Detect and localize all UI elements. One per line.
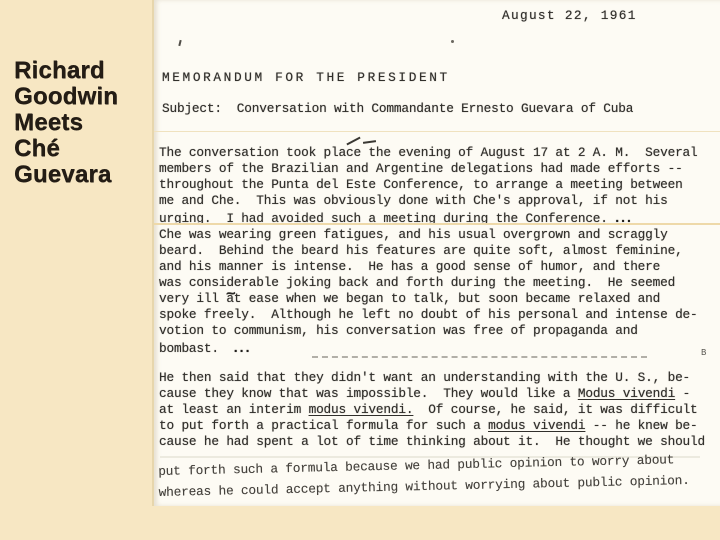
memo-text-line: bombast. ...	[159, 339, 698, 357]
memo-paragraph-3: He then said that they didn't want an un…	[159, 370, 705, 450]
memo-text-line: Che was wearing green fatigues, and his …	[159, 227, 698, 243]
memo-heading: MEMORANDUM FOR THE PRESIDENT	[162, 70, 450, 86]
slide-title: RichardGoodwinMeetsChéGuevara	[14, 58, 149, 188]
memo-text-line: beard. Behind the beard his features are…	[159, 243, 698, 259]
underlined-phrase: Modus vivendi	[578, 386, 675, 401]
slide-title-line: Meets	[14, 110, 149, 136]
memo-text-line: cause he had spent a lot of time thinkin…	[159, 434, 705, 450]
memo-paragraph-2: Che was wearing green fatigues, and his …	[159, 227, 698, 357]
memo-text-line: throughout the Punta del Este Conference…	[159, 177, 698, 193]
memo-text-line: He then said that they didn't want an un…	[159, 370, 705, 386]
scan-speck-artifact	[178, 40, 181, 46]
memo-text-line: cause they know that was impossible. The…	[159, 386, 705, 402]
scan-seam-divider	[154, 131, 720, 132]
memo-subject-line: Subject: Conversation with Commandante E…	[162, 101, 633, 117]
slide-title-line: Goodwin	[14, 84, 149, 110]
memo-text-line: at least an interim modus vivendi. Of co…	[159, 402, 705, 418]
memo-text-line: to put forth a practical formula for suc…	[159, 418, 705, 434]
memo-text-line: and his manner is intense. He has a good…	[159, 259, 698, 275]
memo-text-line: members of the Brazilian and Argentine d…	[159, 161, 698, 177]
pen-mark-dash	[363, 140, 376, 144]
memo-text-line: The conversation took place the evening …	[159, 145, 698, 161]
slide-title-line: Richard	[14, 58, 149, 84]
memo-text-line: votion to communism, his conversation wa…	[159, 323, 698, 339]
underlined-phrase: modus vivendi	[488, 418, 585, 433]
memo-text-line: very ill at ease when we began to talk, …	[159, 291, 698, 307]
ellipsis-mark: ...	[234, 339, 252, 355]
memo-text-line: spoke freely. Although he left no doubt …	[159, 307, 698, 323]
memo-paragraph-1: The conversation took place the evening …	[159, 145, 698, 227]
memo-document: August 22, 1961 MEMORANDUM FOR THE PRESI…	[152, 0, 720, 506]
slide-title-line: Ché	[14, 136, 149, 162]
slide-title-line: Guevara	[14, 162, 149, 188]
scan-seam-divider	[154, 223, 720, 225]
memo-text-line: me and Che. This was obviously done with…	[159, 193, 698, 209]
erased-text-line	[312, 356, 647, 358]
memo-text-line: was considerable joking back and forth d…	[159, 275, 698, 291]
memo-date: August 22, 1961	[502, 8, 637, 24]
underlined-phrase: modus vivendi.	[309, 402, 414, 417]
scan-speck-artifact	[451, 40, 454, 43]
scan-smudge-artifact: B	[701, 348, 706, 358]
